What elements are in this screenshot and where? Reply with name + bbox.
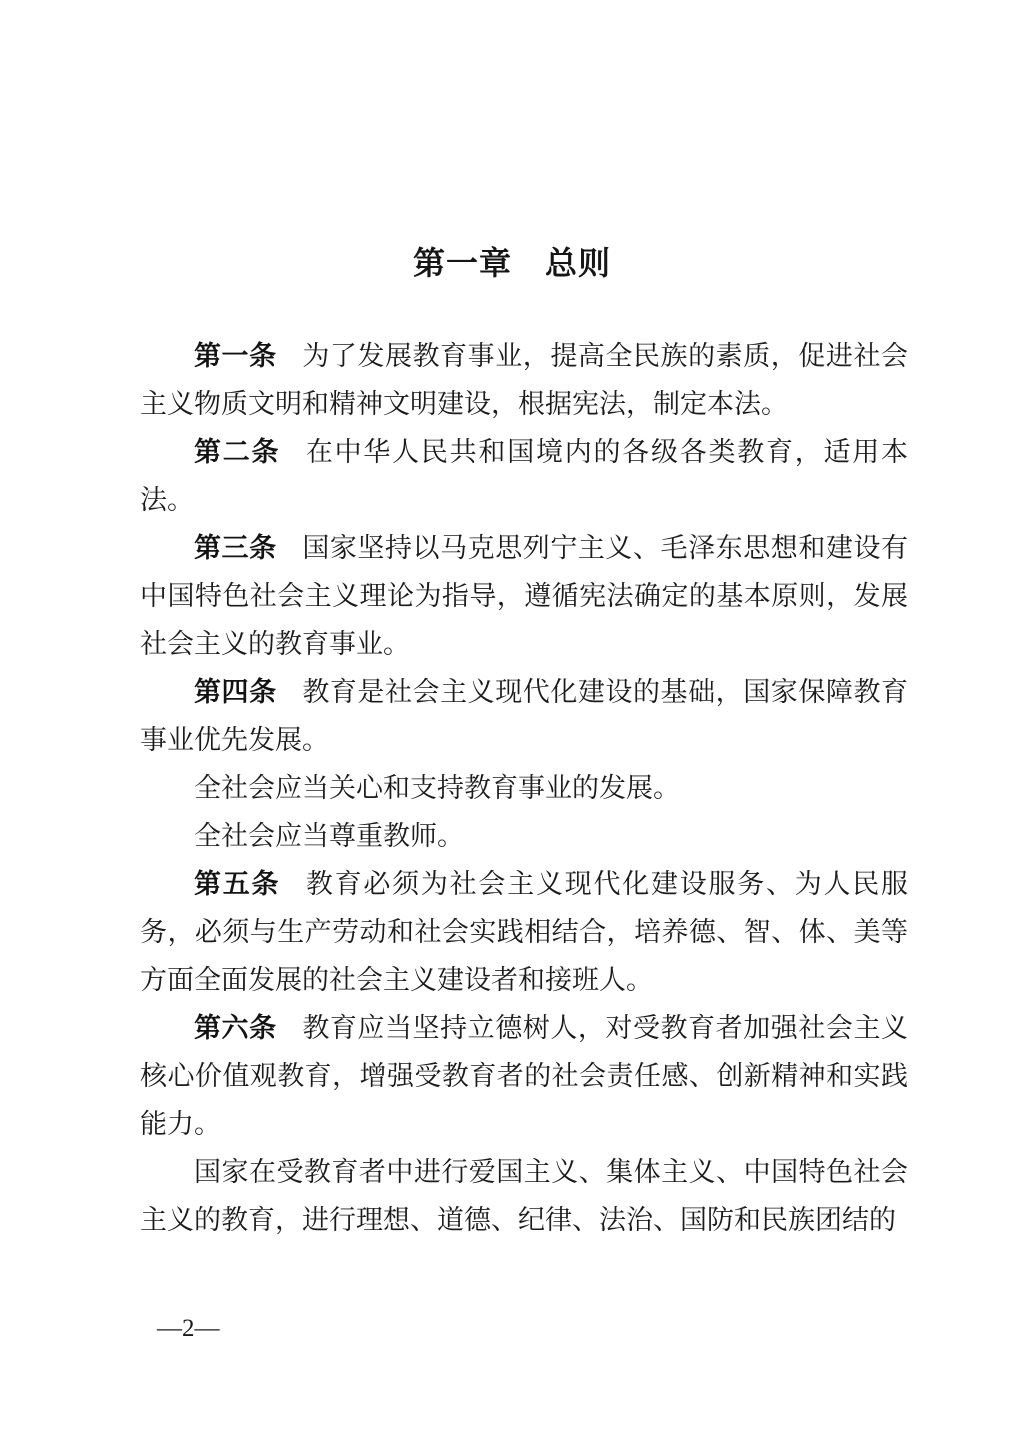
paragraph: 第一条为了发展教育事业，提高全民族的素质，促进社会主义物质文明和精神文明建设，根… [140, 332, 908, 428]
article-number-label: 第二条 [194, 437, 306, 467]
document-page: 第一章 总则 第一条为了发展教育事业，提高全民族的素质，促进社会主义物质文明和精… [0, 0, 1024, 1450]
paragraph: 第三条国家坚持以马克思列宁主义、毛泽东思想和建设有中国特色社会主义理论为指导，遵… [140, 524, 908, 668]
article-number-label: 第六条 [194, 1013, 302, 1043]
paragraph: 第四条教育是社会主义现代化建设的基础，国家保障教育事业优先发展。 [140, 668, 908, 764]
paragraph-text: 全社会应当关心和支持教育事业的发展。 [194, 773, 680, 803]
paragraph: 全社会应当尊重教师。 [140, 812, 908, 860]
page-number: —2— [157, 1312, 220, 1346]
paragraph-text: 全社会应当尊重教师。 [194, 821, 464, 851]
paragraph: 第五条教育必须为社会主义现代化建设服务、为人民服务，必须与生产劳动和社会实践相结… [140, 860, 908, 1004]
paragraph: 国家在受教育者中进行爱国主义、集体主义、中国特色社会主义的教育，进行理想、道德、… [140, 1148, 908, 1244]
paragraph: 全社会应当关心和支持教育事业的发展。 [140, 764, 908, 812]
article-number-label: 第三条 [194, 533, 302, 563]
article-number-label: 第五条 [194, 869, 306, 899]
article-number-label: 第四条 [194, 677, 302, 707]
document-body: 第一条为了发展教育事业，提高全民族的素质，促进社会主义物质文明和精神文明建设，根… [140, 332, 908, 1244]
paragraph: 第二条在中华人民共和国境内的各级各类教育，适用本法。 [140, 428, 908, 524]
chapter-title: 第一章 总则 [0, 238, 1024, 284]
article-number-label: 第一条 [194, 341, 302, 371]
paragraph-text: 国家在受教育者中进行爱国主义、集体主义、中国特色社会主义的教育，进行理想、道德、… [140, 1157, 908, 1235]
paragraph: 第六条教育应当坚持立德树人，对受教育者加强社会主义核心价值观教育，增强受教育者的… [140, 1004, 908, 1148]
